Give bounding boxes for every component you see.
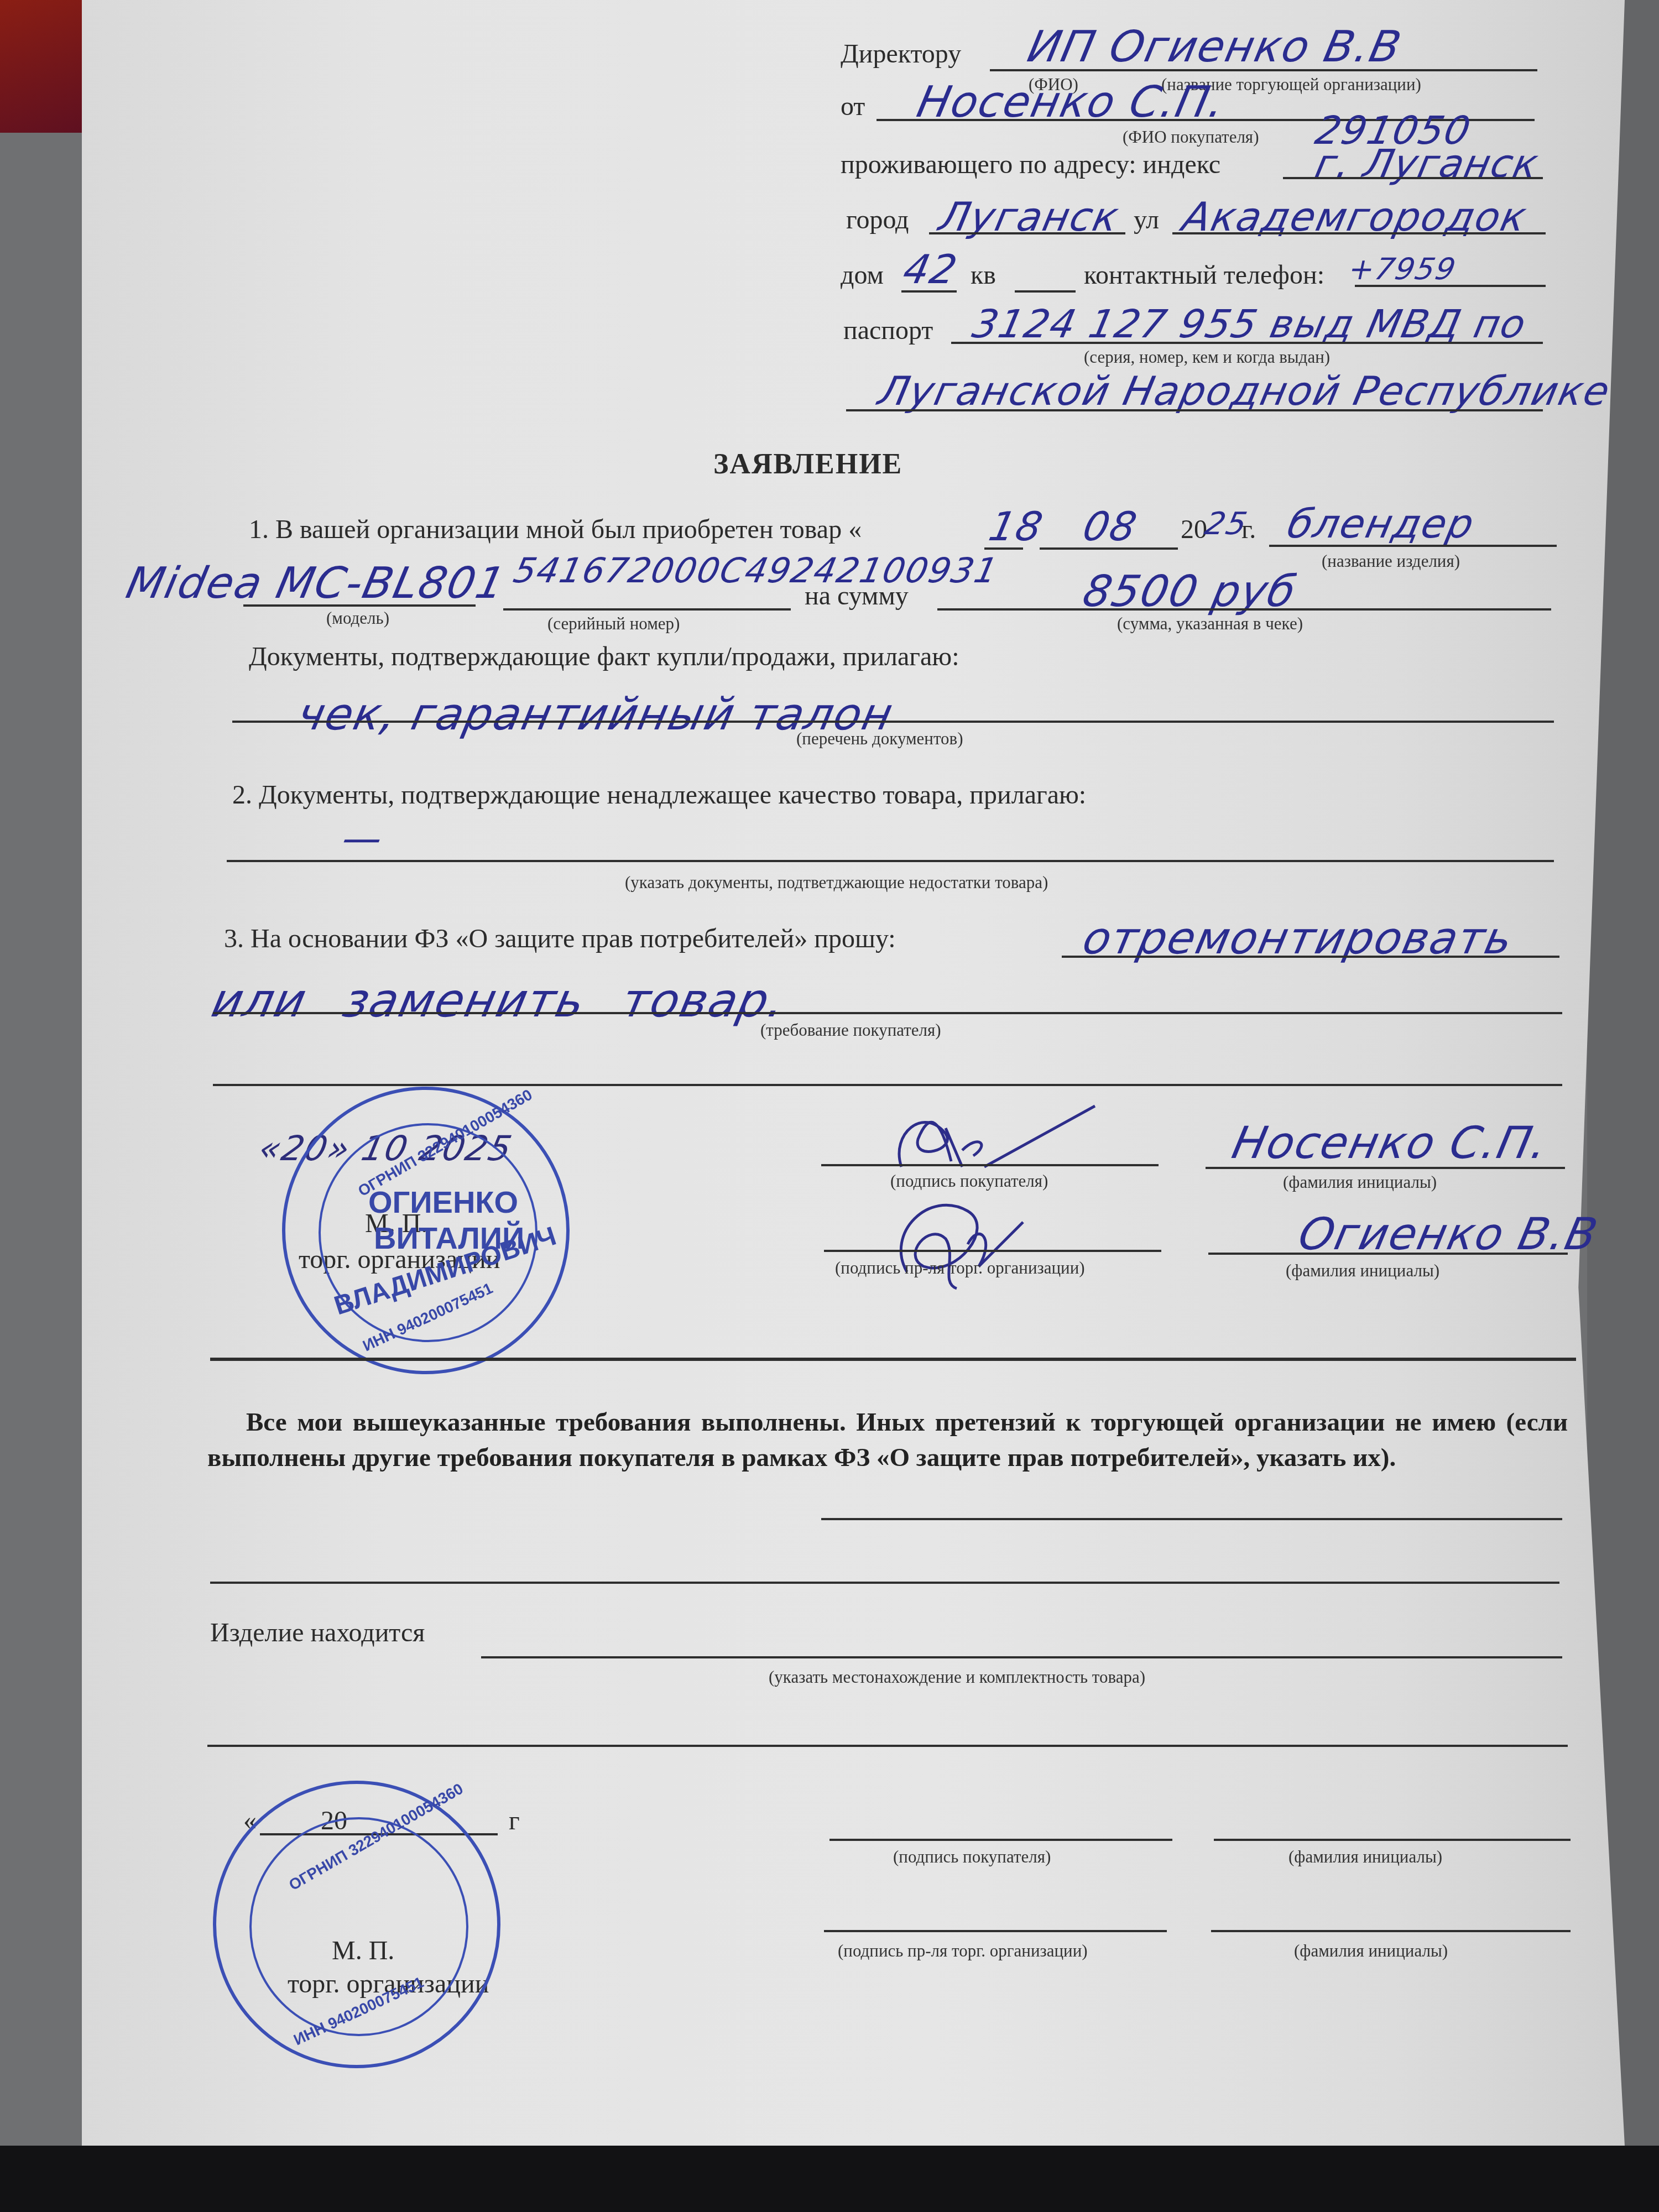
completion-date-suffix: г [509,1806,520,1836]
docs-label: Документы, подтверждающие факт купли/про… [249,641,959,672]
caption-docs: (перечень документов) [796,729,963,749]
background-object [0,0,83,133]
company-stamp-2: ОГРНИП 322940100054360 ИНН 940200075451 [213,1781,500,2068]
caption-seller-name: (фамилия инициалы) [1286,1261,1439,1281]
purchase-month[interactable]: 08 [1079,503,1141,550]
section1-text: 1. В вашей организации мной был приобрет… [249,514,862,545]
stamp-name-line1: ОГИЕНКО [368,1184,518,1220]
director-value[interactable]: ИП Огиенко В.В [1023,22,1406,72]
caption-section2: (указать документы, подтветджающие недос… [625,873,1048,893]
purchase-day[interactable]: 18 [985,503,1047,550]
address-label: проживающего по адресу: индекс [841,149,1220,180]
section3-value-line2[interactable]: или заменить товар. [207,973,791,1027]
caption-buyer-fio: (ФИО покупателя) [1123,127,1259,147]
house-label: дом [841,260,884,290]
completion-caption-seller-name: (фамилия инициалы) [1294,1941,1448,1961]
passport-label: паспорт [843,315,933,346]
caption-buyer-sign: (подпись покупателя) [890,1171,1048,1191]
product-name[interactable]: блендер [1284,500,1479,547]
apt-label: кв [971,260,996,290]
passport-value-line2[interactable]: Луганской Народной Республике [874,368,1615,414]
year-label: г. [1241,514,1256,545]
completion-caption-buyer-name: (фамилия инициалы) [1288,1847,1442,1867]
serial-value[interactable]: 541672000C49242100931 [510,550,1002,591]
completion-caption-seller-sign: (подпись пр-ля торг. организации) [838,1941,1088,1961]
caption-passport: (серия, номер, кем и когда выдан) [1084,347,1330,367]
caption-seller-sign: (подпись пр-ля торг. организации) [835,1258,1085,1278]
passport-value[interactable]: 3124 127 955 выд МВД по [968,301,1531,347]
caption-model: (модель) [326,608,389,628]
background-table [0,2146,1659,2212]
location-label: Изделие находится [210,1618,425,1648]
page-title: ЗАЯВЛЕНИЕ [713,448,902,481]
completion-caption-buyer-sign: (подпись покупателя) [893,1847,1051,1867]
street-label: ул [1134,205,1159,235]
caption-sum: (сумма, указанная в чеке) [1117,614,1303,634]
seller-signature [885,1189,1029,1294]
caption-buyer-name: (фамилия инициалы) [1283,1172,1437,1192]
phone-label: контактный телефон: [1084,260,1324,290]
caption-product: (название изделия) [1322,551,1460,571]
section2-text: 2. Документы, подтверждающие ненадлежаще… [232,780,1086,810]
sum-label: на сумму [805,581,909,611]
company-stamp: ОГИЕНКО ВИТАЛИЙ ВЛАДИМИРОВИЧ ОГРНИП 3229… [282,1087,570,1374]
model-value[interactable]: Midea MC-BL801 [122,559,510,608]
director-label: Директору [841,39,961,69]
completion-paragraph: Все мои вышеуказанные требования выполне… [207,1405,1568,1475]
phone-value[interactable]: +7959 [1345,252,1459,286]
caption-serial: (серийный номер) [547,614,680,634]
from-label: от [841,91,865,122]
caption-location: (указать местонахождение и комплектность… [769,1667,1145,1687]
caption-section3: (требование покупателя) [760,1020,941,1040]
buyer-name-value[interactable]: Носенко С.П. [1228,1117,1553,1168]
address-city-value[interactable]: г. Луганск [1311,141,1543,186]
city-label: город [846,205,909,235]
section3-text: 3. На основании ФЗ «О защите прав потреб… [224,924,896,954]
house-value[interactable]: 42 [899,246,962,293]
buyer-signature [879,1100,1112,1178]
